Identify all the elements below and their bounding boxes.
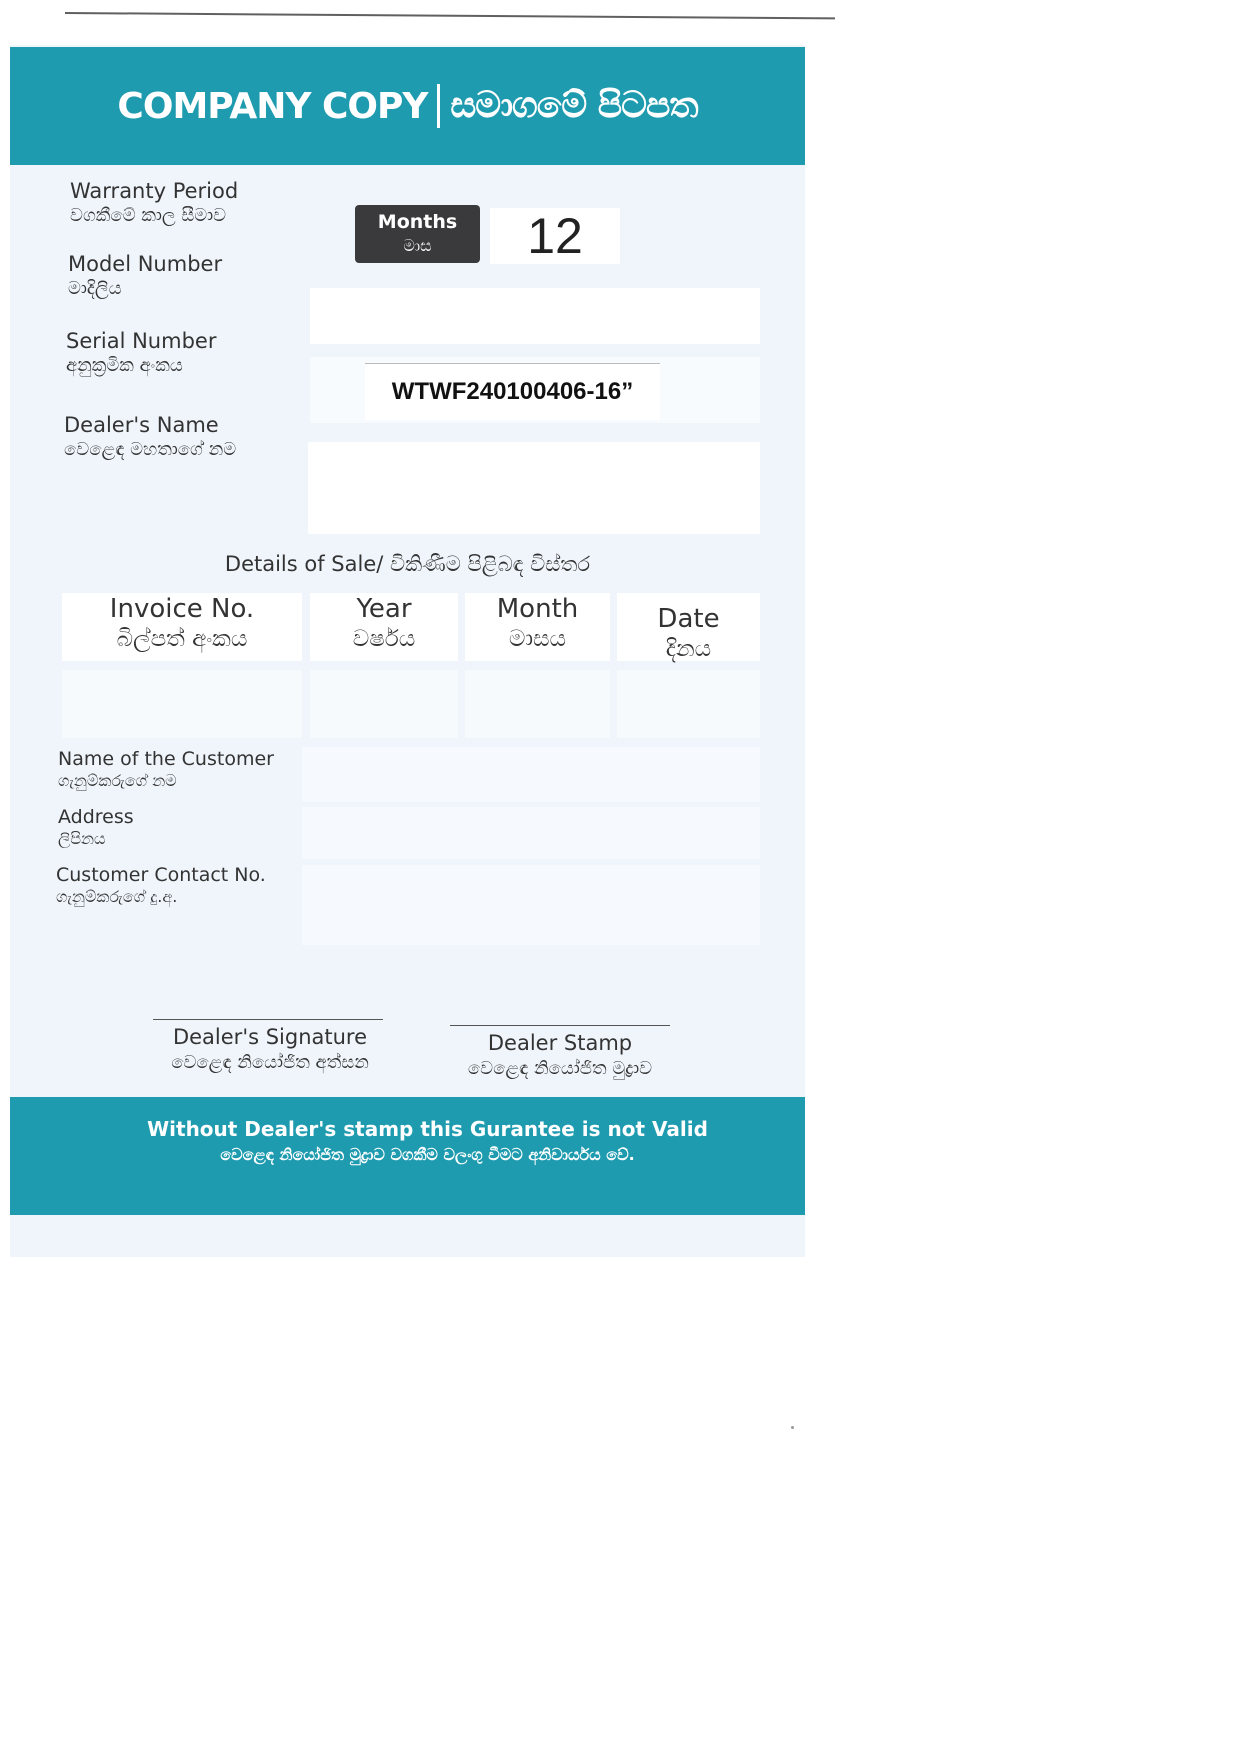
header-title-en: COMPANY COPY — [117, 86, 427, 127]
model-number-label: Model Number මාදිලිය — [68, 251, 222, 301]
months-unit-badge: Months මාස — [355, 205, 480, 263]
header-title-si: සමාගමේ පිටපත — [450, 85, 697, 127]
address-field[interactable] — [302, 807, 760, 859]
footer-notice-band: Without Dealer's stamp this Gurantee is … — [10, 1097, 805, 1215]
dealer-name-label: Dealer's Name වෙළෙඳ මහතාගේ නම — [64, 412, 236, 462]
serial-number-value[interactable]: WTWF240100406-16” — [365, 363, 660, 420]
serial-number-label: Serial Number අනුක්‍රමික අංකය — [66, 328, 216, 378]
details-of-sale-title: Details of Sale/ විකිණීම පිළිබඳ විස්තර — [10, 552, 805, 577]
dealer-stamp-line[interactable] — [450, 1025, 670, 1026]
warranty-months-field[interactable]: 12 — [490, 208, 620, 264]
customer-contact-label: Customer Contact No. ගැනුම්කරුගේ දු.අ. — [56, 863, 266, 907]
year-header: Year වර්ෂය — [310, 593, 458, 661]
dealer-signature-line[interactable] — [153, 1019, 383, 1020]
customer-name-label: Name of the Customer ගැනුම්කරුගේ නම — [58, 747, 274, 791]
dealer-signature-caption: Dealer's Signature වෙළෙඳ නියෝජිත අත්සන — [130, 1024, 410, 1076]
dealer-stamp-caption: Dealer Stamp වෙළෙඳ නියෝජිත මුද්‍රාව — [420, 1030, 700, 1082]
address-label: Address ලිපිනය — [58, 805, 134, 849]
warranty-period-label: Warranty Period වගකීමේ කාල සීමාව — [70, 178, 238, 228]
footer-notice-si: වෙළෙඳ නියෝජිත මුද්‍රාව වගකීම වලංගු වීමට … — [10, 1145, 805, 1165]
scan-speck — [791, 1426, 794, 1429]
invoice-no-header: Invoice No. බිල්පත් අංකය — [62, 593, 302, 661]
customer-contact-field[interactable] — [302, 865, 760, 945]
month-field[interactable] — [465, 670, 610, 738]
invoice-no-field[interactable] — [62, 670, 302, 738]
footer-notice-en: Without Dealer's stamp this Gurantee is … — [10, 1117, 805, 1141]
header-band: COMPANY COPY සමාගමේ පිටපත — [10, 47, 805, 165]
date-header: Date දිනය — [617, 593, 760, 661]
year-field[interactable] — [310, 670, 458, 738]
customer-name-field[interactable] — [302, 747, 760, 802]
date-field[interactable] — [617, 670, 760, 738]
dealer-name-field[interactable] — [308, 442, 760, 534]
warranty-card-company-copy: COMPANY COPY සමාගමේ පිටපත Warranty Perio… — [10, 45, 805, 1257]
month-header: Month මාසය — [465, 593, 610, 661]
model-number-field[interactable] — [310, 288, 760, 344]
header-divider — [437, 84, 440, 128]
scan-top-edge-line — [65, 12, 835, 19]
